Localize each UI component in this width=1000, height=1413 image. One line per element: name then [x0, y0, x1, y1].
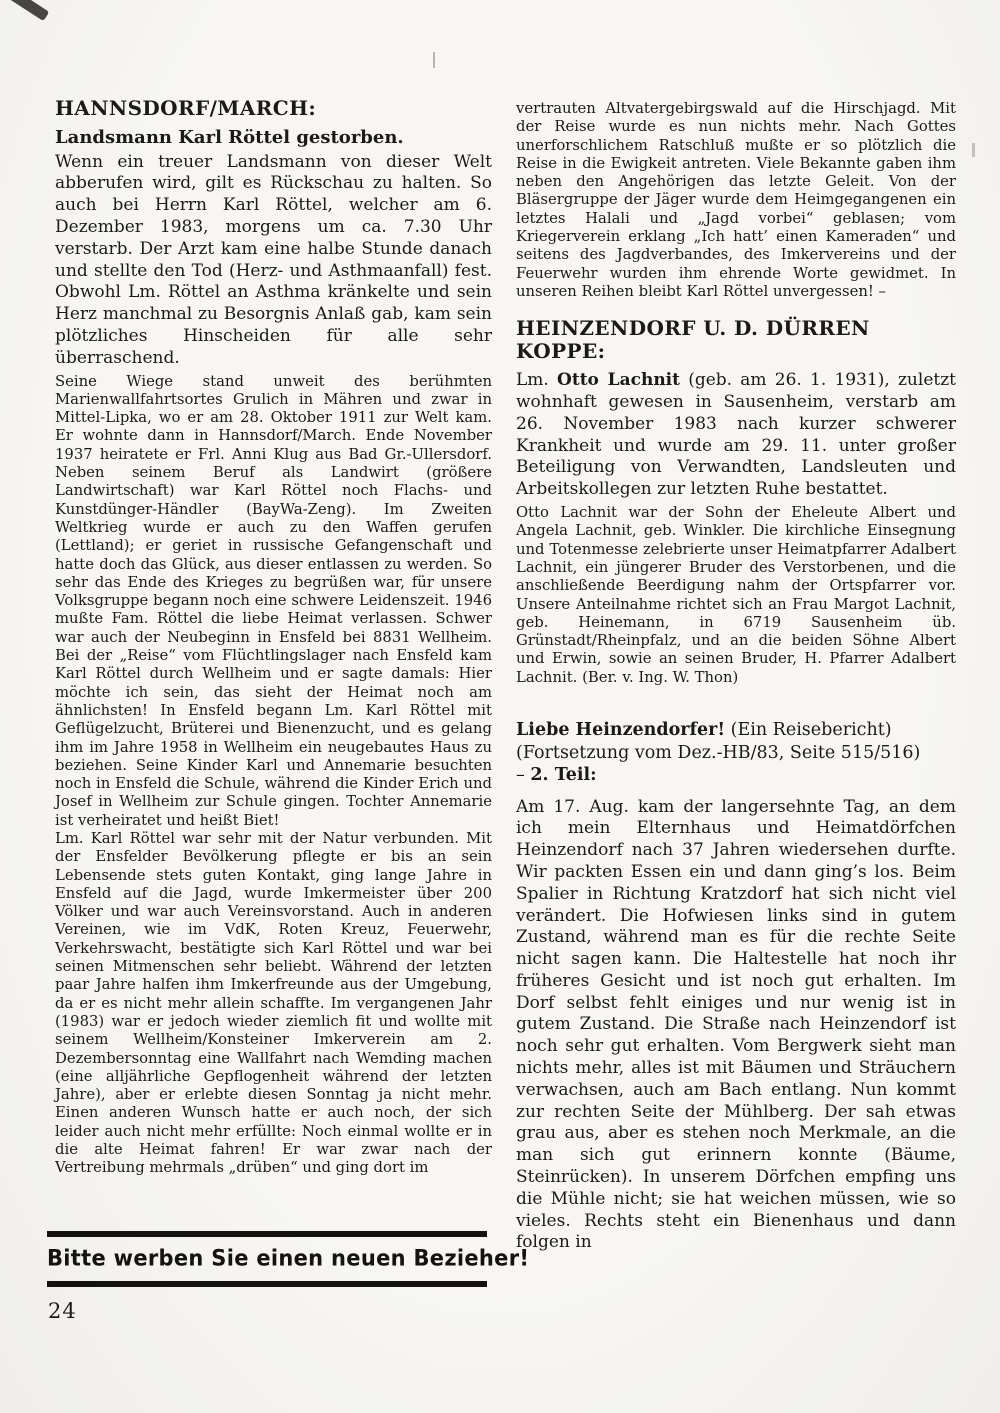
travel-heading-line1: Liebe Heinzendorfer! (Ein Reisebericht): [516, 719, 956, 742]
obituary-title-roettel: Landsmann Karl Röttel gestorben.: [55, 127, 492, 149]
travel-heading-line2: (Fortsetzung vom Dez.-HB/83, Seite 515/5…: [516, 742, 956, 765]
section-heading-hannsdorf: HANNSDORF/MARCH:: [55, 97, 492, 120]
subscription-banner: Bitte werben Sie einen neuen Bezieher!: [47, 1231, 487, 1287]
travel-report-heading: Liebe Heinzendorfer! (Ein Reisebericht) …: [516, 719, 956, 787]
text-segment: (Ein Reisebericht): [725, 720, 892, 740]
subscription-banner-text: Bitte werben Sie einen neuen Bezieher!: [47, 1245, 487, 1270]
section-heading-heinzendorf: HEINZENDORF U. D. DÜRREN KOPPE:: [516, 317, 956, 363]
travel-heading-line3: – 2. Teil:: [516, 764, 956, 787]
obituary-roettel-continuation-paragraph: vertrauten Altvatergebirgswald auf die H…: [516, 100, 956, 301]
obituary-lachnit-intro-paragraph: Lm. Otto Lachnit (geb. am 26. 1. 1931), …: [516, 370, 956, 501]
right-column: vertrauten Altvatergebirgswald auf die H…: [516, 100, 956, 1254]
travel-heading-bold: Liebe Heinzendorfer!: [516, 720, 725, 740]
page-number: 24: [48, 1299, 77, 1323]
obituary-lachnit-details-paragraph: Otto Lachnit war der Sohn der Eheleute A…: [516, 504, 956, 687]
travel-report-body-paragraph: Am 17. Aug. kam der langersehnte Tag, an…: [516, 797, 956, 1255]
scan-artifact-corner: [0, 0, 49, 21]
deceased-name-bold: Otto Lachnit: [557, 370, 680, 390]
obituary-roettel-biography-paragraph: Seine Wiege stand unweit des berühmten M…: [55, 373, 492, 830]
left-column: HANNSDORF/MARCH: Landsmann Karl Röttel g…: [55, 97, 492, 1178]
scan-artifact-tick: [433, 52, 435, 68]
obituary-roettel-intro-paragraph: Wenn ein treuer Landsmann von dieser Wel…: [55, 152, 492, 370]
obituary-roettel-life-paragraph: Lm. Karl Röttel war sehr mit der Natur v…: [55, 830, 492, 1178]
text-segment: Lm.: [516, 370, 557, 390]
scan-artifact-tick: [972, 143, 975, 157]
text-segment: –: [516, 765, 530, 785]
travel-heading-part-bold: 2. Teil:: [530, 765, 596, 785]
